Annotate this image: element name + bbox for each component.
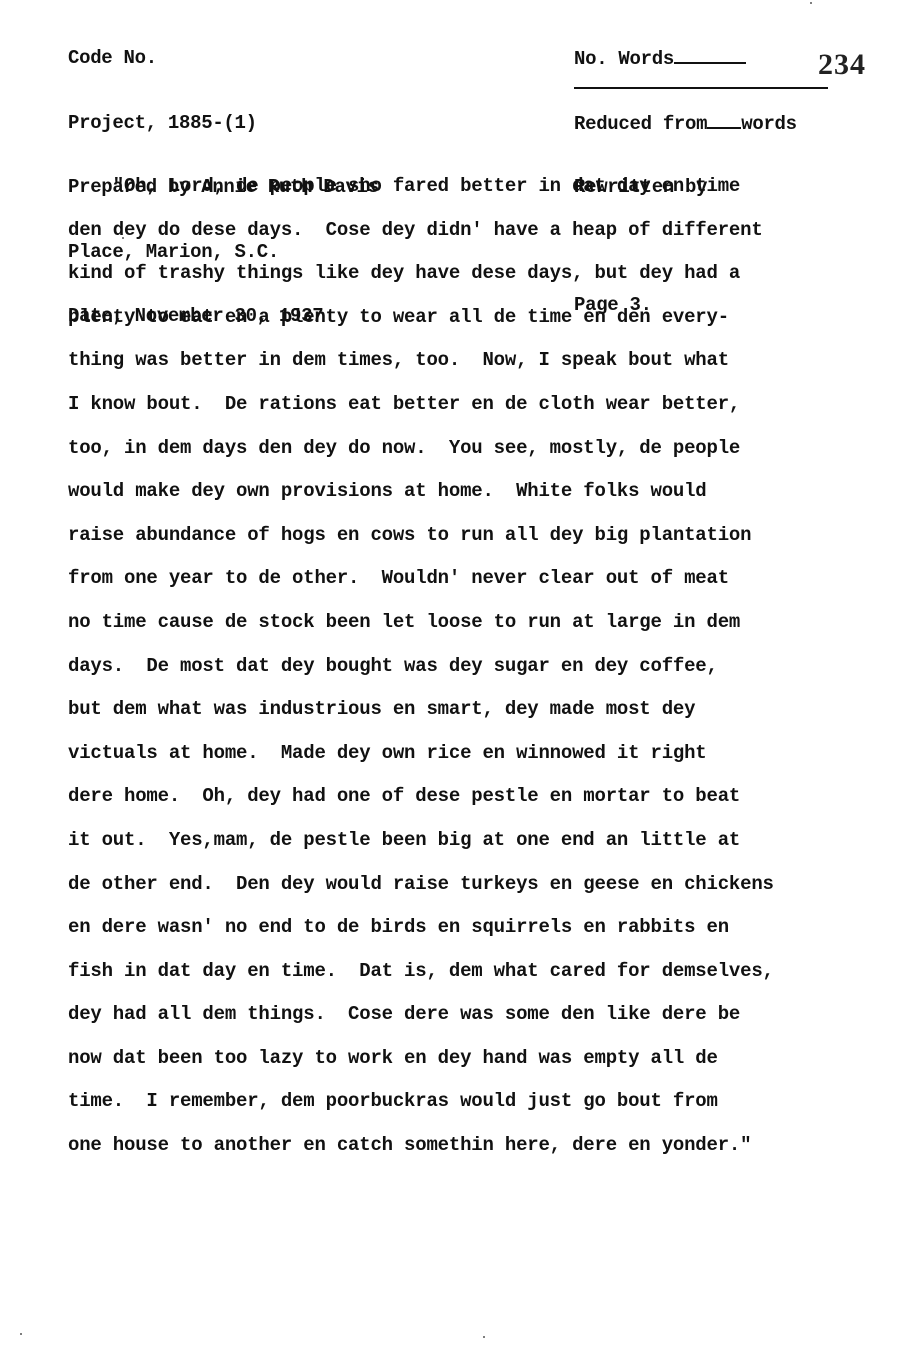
transcript-line: one house to another en catch somethin h… [68, 1133, 888, 1177]
document-page: Code No. Project, 1885-(1) Prepared by A… [0, 0, 900, 1371]
transcript-line: den dey do dese days. Cose dey didn' hav… [68, 218, 888, 262]
transcript-line: dey had all dem things. Cose dere was so… [68, 1002, 888, 1046]
paper-speck [483, 1336, 485, 1338]
transcript-line: from one year to de other. Wouldn' never… [68, 566, 888, 610]
transcript-line: but dem what was industrious en smart, d… [68, 697, 888, 741]
transcript-line: too, in dem days den dey do now. You see… [68, 436, 888, 480]
paper-speck [810, 2, 812, 4]
paper-speck [20, 1333, 22, 1335]
transcript-line: victuals at home. Made dey own rice en w… [68, 741, 888, 785]
reduced-from-label: Reduced from [574, 113, 707, 135]
transcript-line: it out. Yes,mam, de pestle been big at o… [68, 828, 888, 872]
rewritten-by-blank-line [574, 87, 828, 89]
transcript-line: kind of trashy things like dey have dese… [68, 261, 888, 305]
no-words-blank [674, 48, 746, 64]
no-words-row: No. Words [574, 48, 834, 70]
transcript-line: thing was better in dem times, too. Now,… [68, 348, 888, 392]
transcript-line: I know bout. De rations eat better en de… [68, 392, 888, 436]
reduced-from-blank [707, 113, 741, 129]
transcript-line: no time cause de stock been let loose to… [68, 610, 888, 654]
project-number: Project, 1885-(1) [68, 113, 379, 135]
transcript-line: de other end. Den dey would raise turkey… [68, 872, 888, 916]
code-number: Code No. [68, 48, 379, 70]
reduced-from-row: Reduced fromwords [574, 113, 834, 135]
transcript-line: en dere wasn' no end to de birds en squi… [68, 915, 888, 959]
paper-speck [122, 237, 124, 239]
transcript-line: raise abundance of hogs en cows to run a… [68, 523, 888, 567]
reduced-words-suffix: words [741, 113, 797, 135]
interview-transcript: "Oh, Lord, de people sho fared better in… [68, 174, 888, 1177]
transcript-line: fish in dat day en time. Dat is, dem wha… [68, 959, 888, 1003]
transcript-line: dere home. Oh, dey had one of dese pestl… [68, 784, 888, 828]
transcript-line: time. I remember, dem poorbuckras would … [68, 1089, 888, 1133]
transcript-line: plenty to eat en a plenty to wear all de… [68, 305, 888, 349]
transcript-line: "Oh, Lord, de people sho fared better in… [68, 174, 888, 218]
transcript-line: would make dey own provisions at home. W… [68, 479, 888, 523]
no-words-label: No. Words [574, 48, 674, 70]
stamped-page-number: 234 [818, 48, 866, 82]
transcript-line: now dat been too lazy to work en dey han… [68, 1046, 888, 1090]
transcript-line: days. De most dat dey bought was dey sug… [68, 654, 888, 698]
